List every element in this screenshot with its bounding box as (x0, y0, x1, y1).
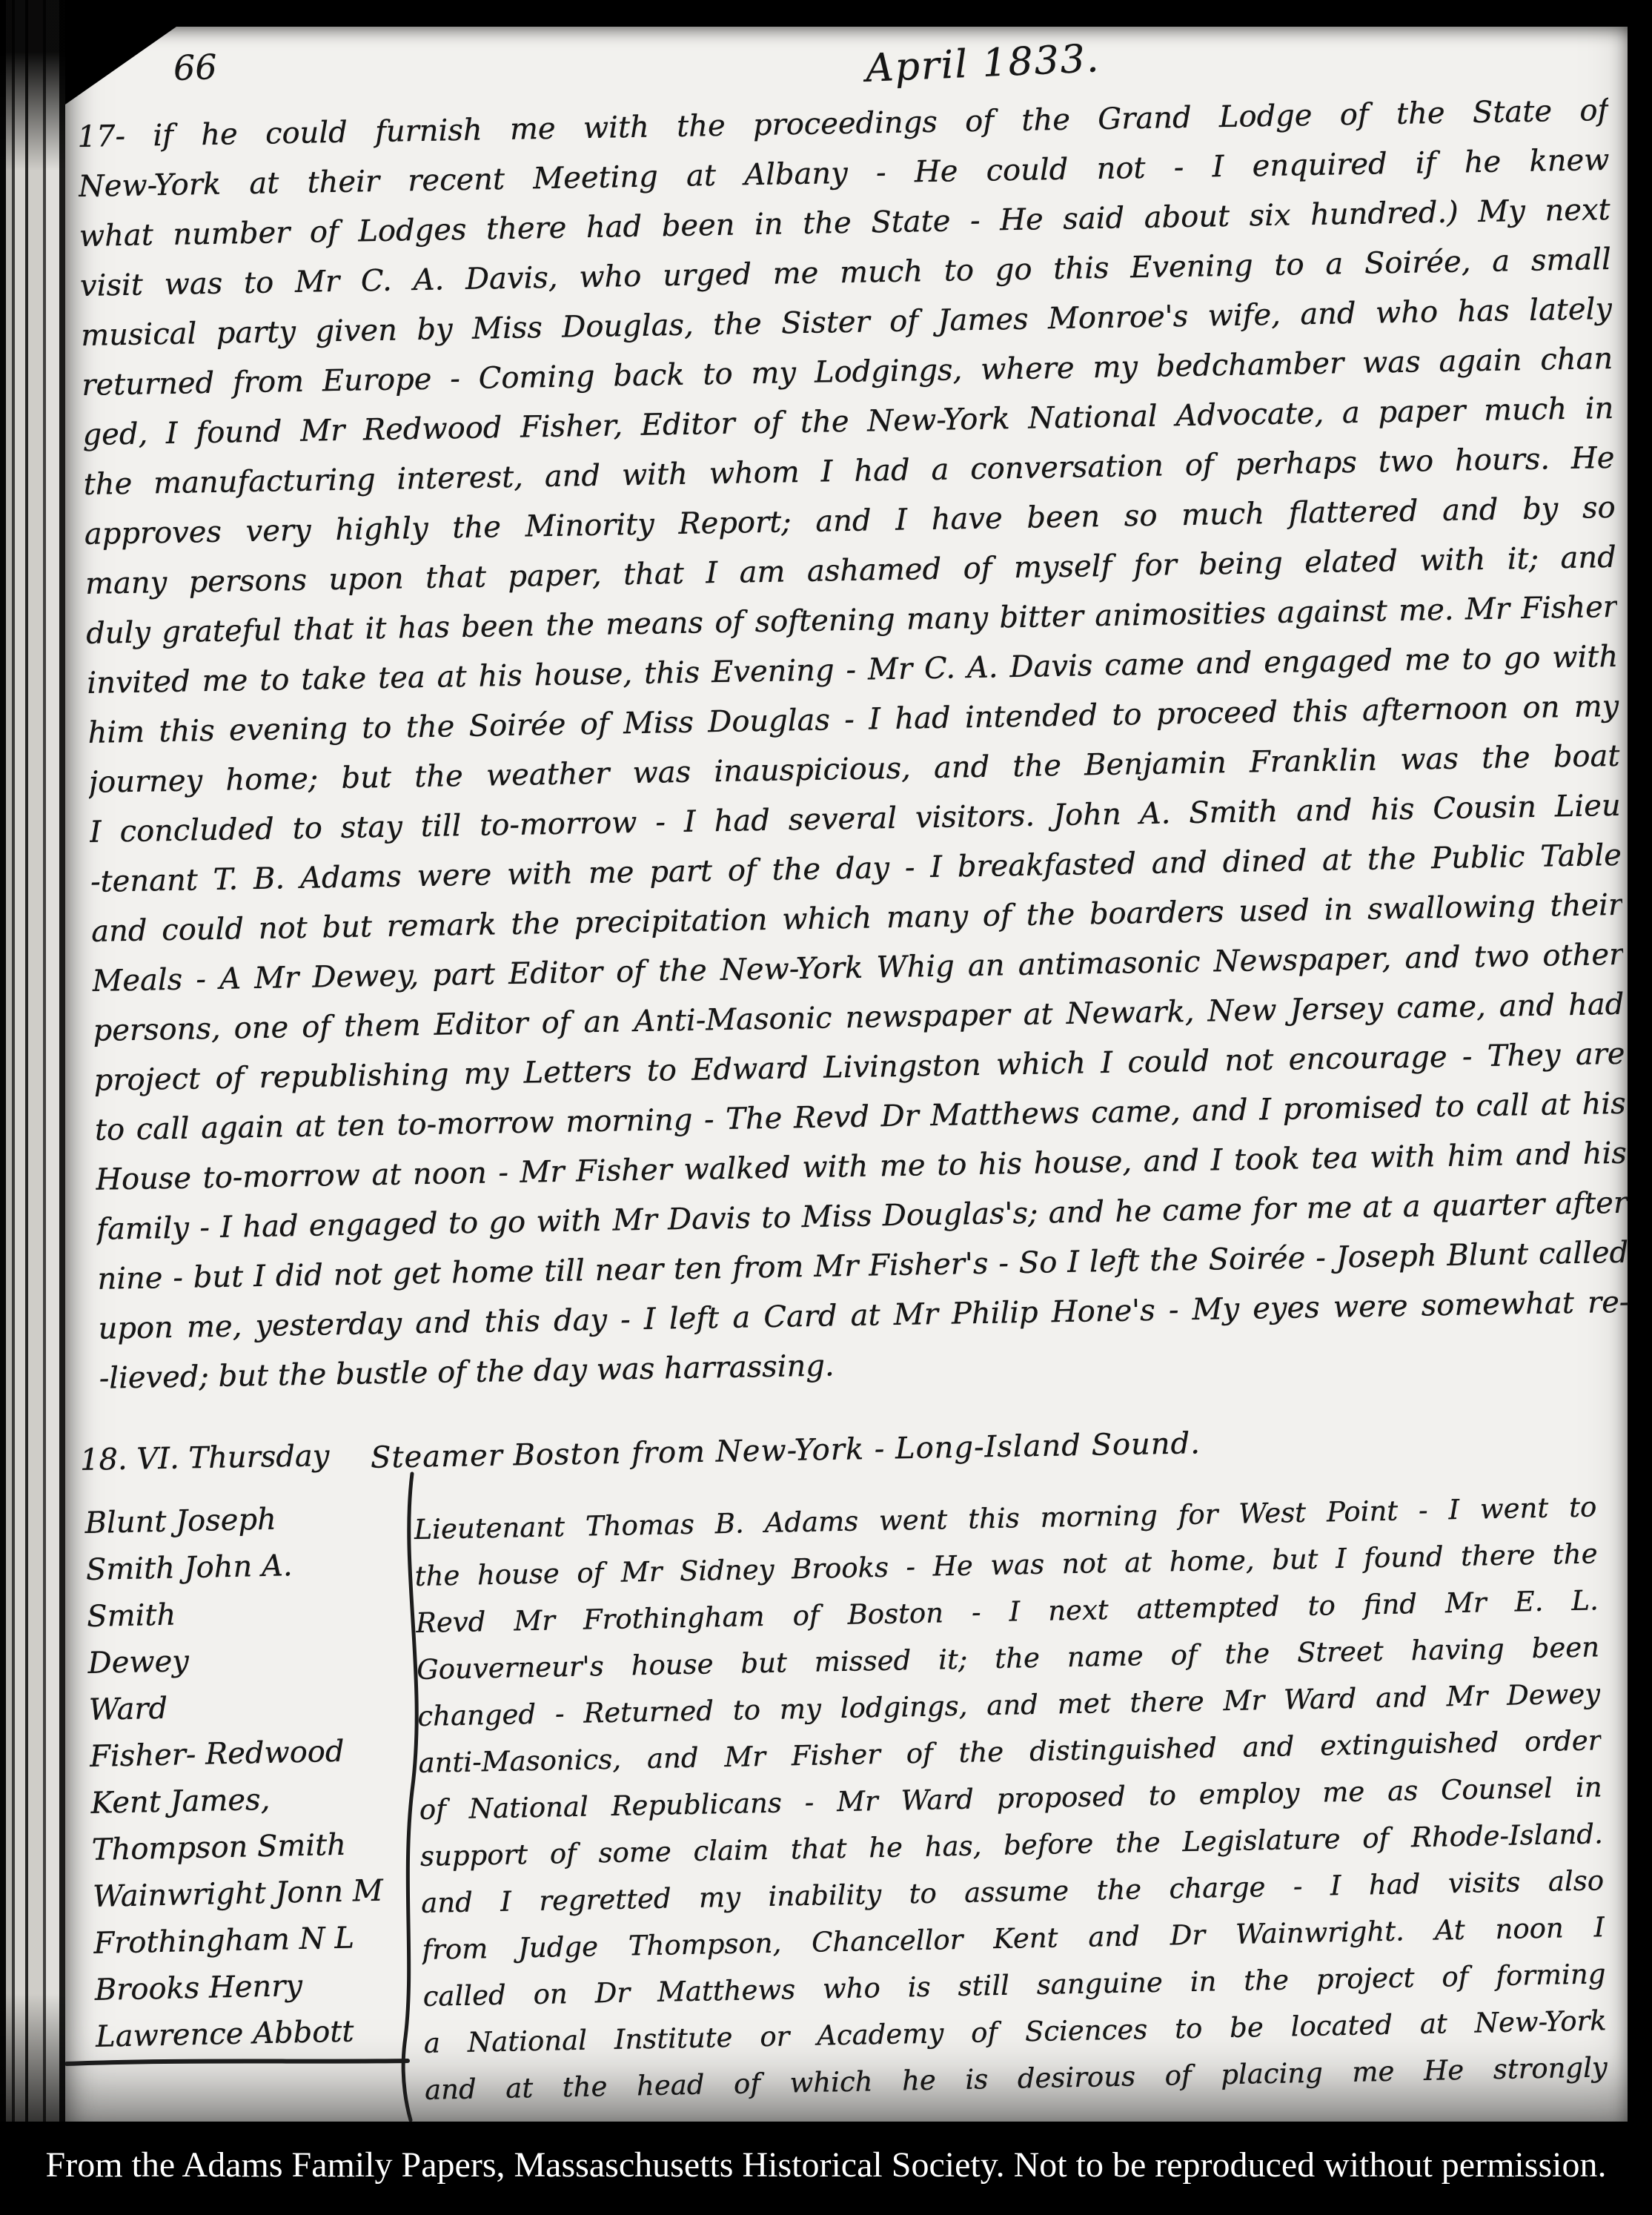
entry-18-headline: Steamer Boston from New-York - Long-Isla… (371, 1426, 1201, 1475)
margin-name: Blunt Joseph (84, 1494, 397, 1547)
diary-page: 66 April 1833. 17- if he could furnish m… (65, 27, 1628, 2122)
book-page-edges (0, 0, 65, 2215)
margin-name: Dewey (87, 1634, 399, 1687)
margin-name: Wainwright Jonn M (93, 1867, 405, 1921)
page-header-date: April 1833. (865, 36, 1101, 91)
scanned-page: 66 April 1833. 17- if he could furnish m… (0, 0, 1652, 2215)
margin-name: Thompson Smith (91, 1821, 403, 1874)
margin-name: Frothingham N L (93, 1914, 405, 1967)
margin-name: Smith John A. (85, 1540, 397, 1594)
margin-underline (67, 2061, 408, 2064)
margin-name: Ward (88, 1681, 400, 1734)
margin-name: Smith (87, 1587, 399, 1640)
entry-18-margin-header: 18. VI. Thursday (80, 1439, 330, 1477)
footer-credit: From the Adams Family Papers, Massaschus… (0, 2122, 1652, 2215)
margin-name: Lawrence Abbott (96, 2007, 408, 2061)
margin-name: Kent James, (90, 1774, 402, 1827)
entry-18-paragraph: Lieutenant Thomas B. Adams went this mor… (414, 1483, 1608, 2113)
entry-17-paragraph: 17- if he could furnish me with the proc… (77, 86, 1631, 1404)
margin-name: Fisher- Redwood (90, 1727, 402, 1781)
page-number: 66 (173, 47, 217, 88)
footer-band: From the Adams Family Papers, Massaschus… (0, 2122, 1652, 2215)
entry-18-margin-names: Blunt JosephSmith John A.SmithDeweyWardF… (84, 1494, 408, 2061)
margin-name: Brooks Henry (94, 1961, 406, 2014)
page-corner-shadow (65, 27, 176, 105)
